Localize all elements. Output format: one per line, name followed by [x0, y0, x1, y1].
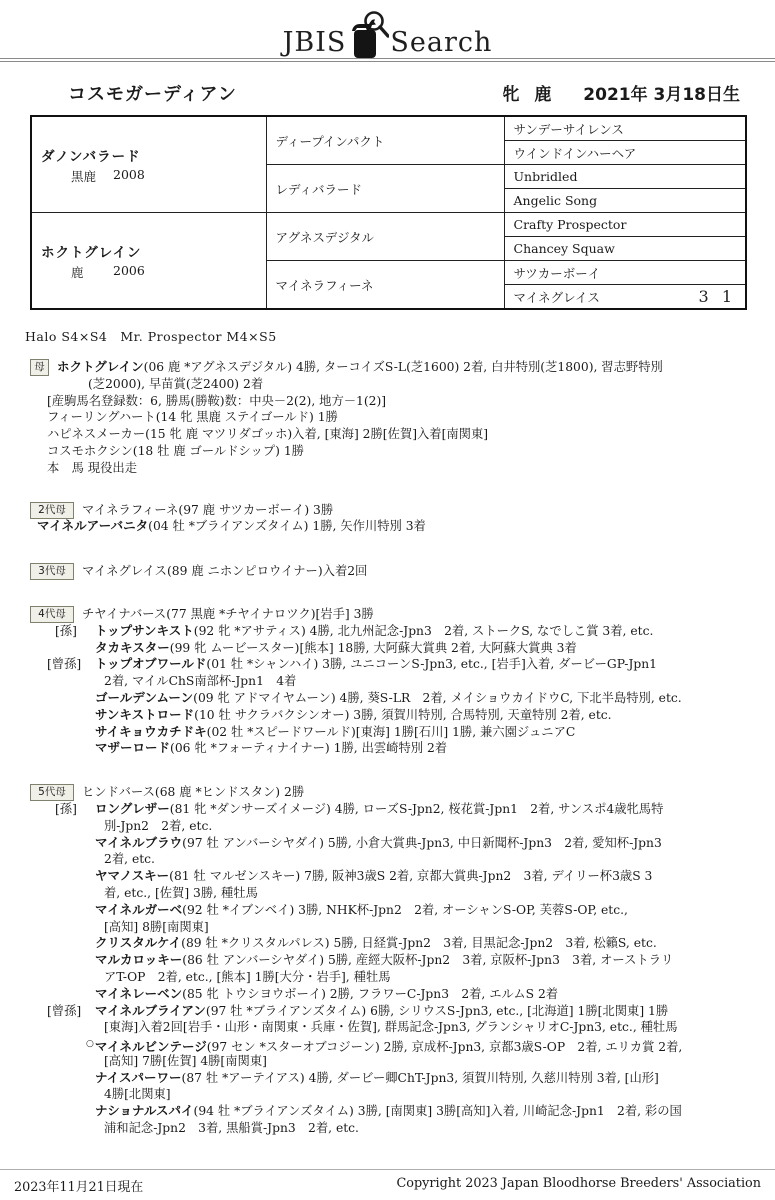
ancestor-cell: Chancey Squaw	[504, 237, 746, 261]
horse-name: クリスタルケイ	[95, 935, 181, 950]
horse-name: マイネルブラウ	[95, 835, 182, 850]
horse-name: トップオブワールド	[95, 656, 206, 671]
note-line: 浦和記念-Jpn2 3着, 黒船賞-Jpn3 2着, etc.	[0, 1120, 775, 1137]
horse-name: サイキョウカチドキ	[95, 724, 207, 739]
race-record-text: [産駒馬名登録数：6, 勝馬(勝鞍)数：中央－2(2), 地方－1(2)]	[47, 394, 386, 408]
note-line: 5代母ヒンドバース(68 鹿 *ヒンドスタン) 2勝	[0, 784, 775, 801]
note-line: クリスタルケイ(89 牡 *クリスタルパレス) 5勝, 日経賞-Jpn2 3着,…	[0, 935, 775, 952]
note-line: ヤマノスキー(81 牡 マルゼンスキー) 7勝, 阪神3歳S 2着, 京都大賞典…	[0, 868, 775, 885]
horse-name: ヒンドバース	[82, 785, 155, 799]
horse-title-info: 牝 鹿 2021年 3月18日生	[502, 80, 740, 105]
ancestor-name: サツカーボーイ	[514, 264, 601, 282]
dam-coat-year: 鹿 2006	[41, 263, 257, 281]
horse-name: トップサンキスト	[95, 623, 194, 638]
copyright-text: Copyright 2023 Japan Bloodhorse Breeders…	[396, 1176, 761, 1195]
dam-sire-cell: アグネスデジタル	[266, 213, 504, 261]
race-record-text: (芝2000), 早苗賞(芝2400) 2着	[88, 377, 263, 391]
race-record-text: (92 牡 *イブンベイ) 3勝, NHK杯-Jpn2 2着, オーシャンS-O…	[182, 903, 628, 917]
relation-label: [孫]	[55, 623, 95, 640]
race-record-text: (89 牡 *クリスタルパレス) 5勝, 日経賞-Jpn2 3着, 目黒記念-J…	[181, 936, 657, 950]
note-line: 2着, マイルChS南部杯-Jpn1 4着	[0, 673, 775, 690]
race-record-text: (94 牡 *ブライアンズタイム) 3勝, [南関東] 3勝[高知]入着, 川崎…	[194, 1104, 682, 1118]
race-record-text: (02 牡 *スピードワールド)[東海] 1勝[石川] 1勝, 兼六園ジュニアC	[207, 725, 576, 739]
note-line: [産駒馬名登録数：6, 勝馬(勝鞍)数：中央－2(2), 地方－1(2)]	[0, 393, 775, 410]
horse-name: ナショナルスパイ	[95, 1103, 194, 1118]
race-record-text: (99 牝 ムービースター)[熊本] 18勝, 大阿蘇大賞典 2着, 大阿蘇大賞…	[170, 641, 577, 655]
note-line: [曾孫]トップオブワールド(01 牡 *シャンハイ) 3勝, ユニコーンS-Jp…	[0, 656, 775, 673]
corner-page-mark: 3 1	[699, 287, 736, 306]
race-record-text: (97 セン *スターオブコジーン) 2勝, 京成杯-Jpn3, 京都3歳S-O…	[207, 1040, 683, 1054]
ancestor-cell: ウインドインハーヘア	[504, 141, 746, 165]
relation-label: [孫]	[55, 801, 95, 818]
note-line: マイネルガーベ(92 牡 *イブンベイ) 3勝, NHK杯-Jpn2 2着, オ…	[0, 902, 775, 919]
race-record-text: 別-Jpn2 2着, etc.	[104, 819, 212, 833]
horse-name: ゴールデンムーン	[95, 690, 193, 705]
note-line: ゴールデンムーン(09 牝 アドマイヤムーン) 4勝, 葵S-LR 2着, メイ…	[0, 690, 775, 707]
horse-birthdate: 2021年 3月18日生	[583, 85, 740, 105]
relation-label: [曾孫]	[47, 656, 95, 673]
horse-name: チヤイナバース	[82, 607, 166, 621]
horse-name: コスモホクシン	[47, 444, 133, 458]
note-line: サンキストロード(10 牡 サクラバクシンオー) 3勝, 須賀川特別, 合馬特別…	[0, 707, 775, 724]
race-record-text: (81 牡 マルゼンスキー) 7勝, 阪神3歳S 2着, 京都大賞典-Jpn2 …	[169, 869, 652, 883]
horse-name: タカキスター	[95, 640, 170, 655]
note-line: ナショナルスパイ(94 牡 *ブライアンズタイム) 3勝, [南関東] 3勝[高…	[0, 1103, 775, 1120]
pedigree-table: ダノンバラード 黒鹿 2008 ディープインパクト サンデーサイレンス ウインド…	[30, 115, 747, 310]
horse-title-name: コスモガーディアン	[68, 80, 237, 106]
race-record-text: (04 牡 *ブライアンズタイム) 1勝, 矢作川特別 3着	[148, 519, 426, 533]
horse-name: ホクトグレイン	[57, 359, 144, 374]
note-line: 4代母チヤイナバース(77 黒鹿 *チヤイナロツク)[岩手] 3勝	[0, 606, 775, 623]
ancestor-cell: マイネグレイス 3 1	[504, 285, 746, 310]
note-line: ナイスパーワー(87 牡 *アーテイアス) 4勝, ダービー卿ChT-Jpn3,…	[0, 1070, 775, 1087]
relation-label: [曾孫]	[47, 1003, 95, 1020]
race-record-text: 4勝[北関東]	[104, 1087, 171, 1101]
race-record-text: (77 黒鹿 *チヤイナロツク)[岩手] 3勝	[166, 607, 373, 621]
race-record-text: (01 牡 *シャンハイ) 3勝, ユニコーンS-Jpn3, etc., [岩手…	[206, 657, 657, 671]
horse-name: マザーロード	[95, 740, 170, 755]
horse-coat: 鹿	[534, 85, 551, 105]
note-line: [孫]ロングレザー(81 牝 *ダンサーズイメージ) 4勝, ローズS-Jpn2…	[0, 801, 775, 818]
inbreeding-note: Halo S4×S4 Mr. Prospector M4×S5	[25, 327, 775, 345]
generation-label: 4代母	[30, 606, 74, 623]
ancestor-cell: サツカーボーイ	[504, 261, 746, 285]
race-record-text: [高知] 7勝[佐賀] 4勝[南関東]	[104, 1054, 267, 1068]
race-record-text: 着, etc., [佐賀] 3勝, 種牡馬	[104, 886, 258, 900]
race-record-text: (15 牝 鹿 マツリダゴッホ)入着, [東海] 2勝[佐賀]入着[南関東]	[145, 427, 488, 441]
note-line: コスモホクシン(18 牡 鹿 ゴールドシップ) 1勝	[0, 443, 775, 460]
race-record-text: (87 牡 *アーテイアス) 4勝, ダービー卿ChT-Jpn3, 須賀川特別,…	[182, 1071, 659, 1085]
race-record-text: 浦和記念-Jpn2 3着, 黒船賞-Jpn3 2着, etc.	[104, 1121, 359, 1135]
race-record-text: (97 鹿 サツカーボーイ) 3勝	[178, 503, 333, 517]
horse-name: マルカロッキー	[95, 952, 182, 967]
note-line: マイネルブラウ(97 牡 アンバーシヤダイ) 5勝, 小倉大賞典-Jpn3, 中…	[0, 835, 775, 852]
race-record-text: (06 鹿 *アグネスデジタル) 4勝, ターコイズS-L(芝1600) 2着,…	[144, 360, 663, 374]
sire-cell: ダノンバラード 黒鹿 2008	[31, 116, 266, 213]
sire-coat: 黒鹿	[71, 167, 113, 185]
ancestor-cell: Angelic Song	[504, 189, 746, 213]
note-line: マザーロード(06 牝 *フォーティナイナー) 1勝, 出雲崎特別 2着	[0, 740, 775, 757]
note-line: フィーリングハート(14 牝 黒鹿 ステイゴールド) 1勝	[0, 409, 775, 426]
note-line: 2着, etc.	[0, 851, 775, 868]
section-m2: 2代母マイネラフィーネ(97 鹿 サツカーボーイ) 3勝マイネルアーバニタ(04…	[0, 502, 775, 536]
race-record-text: (10 牡 サクラバクシンオー) 3勝, 須賀川特別, 合馬特別, 天童特別 2…	[194, 708, 611, 722]
horse-name: ヤマノスキー	[95, 868, 169, 883]
ancestor-name: マイネグレイス	[514, 288, 600, 306]
ancestor-cell: Crafty Prospector	[504, 213, 746, 237]
race-record-text: (86 牡 アンバーシヤダイ) 5勝, 産經大阪杯-Jpn2 3着, 京阪杯-J…	[182, 953, 673, 967]
race-record-text: (06 牝 *フォーティナイナー) 1勝, 出雲崎特別 2着	[170, 741, 447, 755]
race-record-text: (92 牝 *アサティス) 4勝, 北九州記念-Jpn3 2着, ストークS, …	[194, 624, 654, 638]
horse-name: マイネルブライアン	[95, 1003, 206, 1018]
horse-name: ナイスパーワー	[95, 1070, 182, 1085]
note-line: サイキョウカチドキ(02 牡 *スピードワールド)[東海] 1勝[石川] 1勝,…	[0, 724, 775, 741]
note-line: マルカロッキー(86 牡 アンバーシヤダイ) 5勝, 産經大阪杯-Jpn2 3着…	[0, 952, 775, 969]
logo-text-right: Search	[390, 29, 492, 56]
dam-cell: ホクトグレイン 鹿 2006	[31, 213, 266, 310]
note-line: 4勝[北関東]	[0, 1086, 775, 1103]
race-record-text: 2着, マイルChS南部杯-Jpn1 4着	[104, 674, 296, 688]
horse-name: マイネグレイス	[82, 564, 167, 578]
section-m4: 4代母チヤイナバース(77 黒鹿 *チヤイナロツク)[岩手] 3勝[孫]トップサ…	[0, 606, 775, 757]
horse-name: サンキストロード	[95, 707, 194, 722]
horse-name: マイネルガーベ	[95, 902, 182, 917]
note-line: アT-OP 2着, etc., [熊本] 1勝[大分・岩手], 種牡馬	[0, 969, 775, 986]
horse-sex: 牝	[502, 85, 519, 105]
sire-coat-year: 黒鹿 2008	[41, 167, 257, 185]
note-line: 別-Jpn2 2着, etc.	[0, 818, 775, 835]
race-record-text: (97 牡 アンバーシヤダイ) 5勝, 小倉大賞典-Jpn3, 中日新聞杯-Jp…	[182, 836, 662, 850]
jbis-horse-magnifier-icon	[347, 10, 389, 60]
note-line: 母ホクトグレイン(06 鹿 *アグネスデジタル) 4勝, ターコイズS-L(芝1…	[0, 359, 775, 376]
note-line: [高知] 8勝[南関東]	[0, 919, 775, 936]
section-m3: 3代母マイネグレイス(89 鹿 ニホンピロウイナー)入着2回	[0, 563, 775, 580]
title-row: コスモガーディアン 牝 鹿 2021年 3月18日生	[68, 80, 740, 106]
race-record-text: (89 鹿 ニホンピロウイナー)入着2回	[167, 564, 367, 578]
race-record-text: 2着, etc.	[104, 852, 155, 866]
horse-name: マイネラフィーネ	[82, 503, 178, 517]
dam-year: 2006	[113, 263, 145, 281]
ring-mark: ○	[86, 1039, 94, 1049]
jbis-logo: JBIS Search	[0, 0, 775, 56]
note-line: マイネレーベン(85 牝 トウシヨウボーイ) 2勝, フラワーC-Jpn3 2着…	[0, 986, 775, 1003]
note-line: 本 馬 現役出走	[0, 460, 775, 477]
horse-name: マイネルビンテージ	[95, 1039, 207, 1054]
race-record-text: (68 鹿 *ヒンドスタン) 2勝	[155, 785, 304, 799]
section-dam: 母ホクトグレイン(06 鹿 *アグネスデジタル) 4勝, ターコイズS-L(芝1…	[0, 359, 775, 477]
sire-sire-cell: ディープインパクト	[266, 116, 504, 165]
ancestor-cell: サンデーサイレンス	[504, 116, 746, 141]
note-line: 2代母マイネラフィーネ(97 鹿 サツカーボーイ) 3勝	[0, 502, 775, 519]
race-record-text: (18 牡 鹿 ゴールドシップ) 1勝	[133, 444, 304, 458]
sire-name: ダノンバラード	[41, 145, 257, 165]
note-line: ○マイネルビンテージ(97 セン *スターオブコジーン) 2勝, 京成杯-Jpn…	[0, 1036, 775, 1053]
note-line: ハピネスメーカー(15 牝 鹿 マツリダゴッホ)入着, [東海] 2勝[佐賀]入…	[0, 426, 775, 443]
generation-label: 5代母	[30, 784, 74, 801]
section-m5: 5代母ヒンドバース(68 鹿 *ヒンドスタン) 2勝[孫]ロングレザー(81 牝…	[0, 784, 775, 1137]
logo-text-left: JBIS	[283, 29, 347, 56]
dam-name: ホクトグレイン	[41, 241, 257, 261]
horse-name: マイネルアーバニタ	[37, 518, 148, 533]
race-record-text: (81 牝 *ダンサーズイメージ) 4勝, ローズS-Jpn2, 桜花賞-Jpn…	[170, 802, 664, 816]
horse-name: フィーリングハート	[47, 410, 156, 424]
horse-name: ロングレザー	[95, 801, 170, 816]
dam-dam-cell: マイネラフィーネ	[266, 261, 504, 310]
race-record-text: (09 牝 アドマイヤムーン) 4勝, 葵S-LR 2着, メイショウカイドウC…	[193, 691, 682, 705]
generation-label: 2代母	[30, 502, 74, 519]
sire-dam-cell: レディバラード	[266, 165, 504, 213]
pedigree-notes: 母ホクトグレイン(06 鹿 *アグネスデジタル) 4勝, ターコイズS-L(芝1…	[0, 359, 775, 1137]
note-line: タカキスター(99 牝 ムービースター)[熊本] 18勝, 大阿蘇大賞典 2着,…	[0, 640, 775, 657]
horse-name: ハピネスメーカー	[47, 427, 145, 441]
generation-label: 3代母	[30, 563, 74, 580]
note-line: [東海]入着2回[岩手・山形・南関東・兵庫・佐賀], 群馬記念-Jpn3, グラ…	[0, 1019, 775, 1036]
race-record-text: (85 牝 トウシヨウボーイ) 2勝, フラワーC-Jpn3 2着, エルムS …	[182, 987, 558, 1001]
note-line: 着, etc., [佐賀] 3勝, 種牡馬	[0, 885, 775, 902]
note-line: [高知] 7勝[佐賀] 4勝[南関東]	[0, 1053, 775, 1070]
note-line: [曾孫]マイネルブライアン(97 牡 *ブライアンズタイム) 6勝, シリウスS…	[0, 1003, 775, 1020]
note-line: (芝2000), 早苗賞(芝2400) 2着	[0, 376, 775, 393]
note-line: マイネルアーバニタ(04 牡 *ブライアンズタイム) 1勝, 矢作川特別 3着	[0, 518, 775, 535]
generation-label: 母	[30, 359, 49, 376]
race-record-text: アT-OP 2着, etc., [熊本] 1勝[大分・岩手], 種牡馬	[104, 970, 391, 984]
dam-coat: 鹿	[71, 263, 113, 281]
sire-year: 2008	[113, 167, 145, 185]
note-line: 3代母マイネグレイス(89 鹿 ニホンピロウイナー)入着2回	[0, 563, 775, 580]
note-line: [孫]トップサンキスト(92 牝 *アサティス) 4勝, 北九州記念-Jpn3 …	[0, 623, 775, 640]
race-record-text: (97 牡 *ブライアンズタイム) 6勝, シリウスS-Jpn3, etc., …	[206, 1004, 668, 1018]
as-of-date: 2023年11月21日現在	[14, 1176, 143, 1195]
ancestor-cell: Unbridled	[504, 165, 746, 189]
race-record-text: [東海]入着2回[岩手・山形・南関東・兵庫・佐賀], 群馬記念-Jpn3, グラ…	[104, 1020, 678, 1034]
footer: 2023年11月21日現在 Copyright 2023 Japan Blood…	[0, 1169, 775, 1200]
horse-name: マイネレーベン	[95, 986, 182, 1001]
race-record-text: (14 牝 黒鹿 ステイゴールド) 1勝	[156, 410, 338, 424]
race-record-text: 本 馬 現役出走	[47, 461, 137, 475]
race-record-text: [高知] 8勝[南関東]	[104, 920, 209, 934]
